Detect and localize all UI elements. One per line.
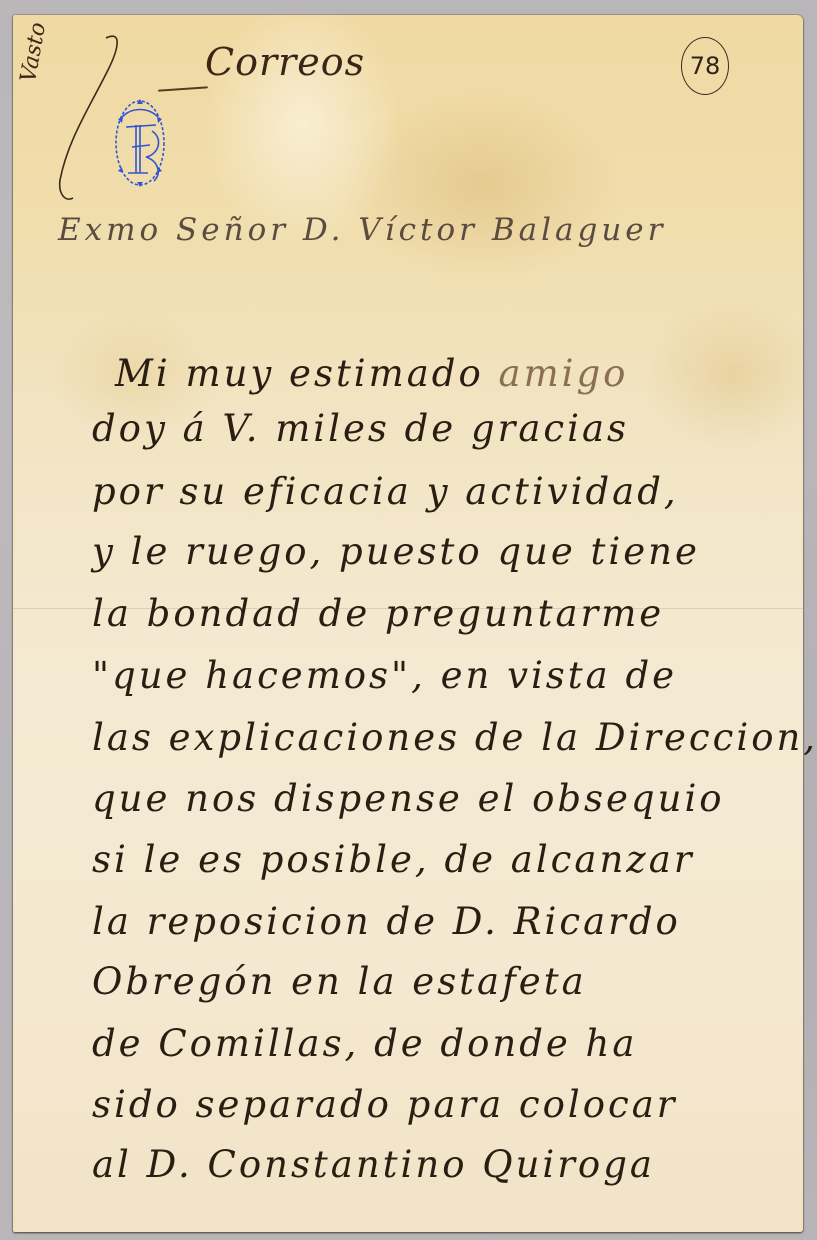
addressee-line: Exmo Señor D. Víctor Balaguer [58, 212, 666, 248]
body-line-6: "que hacemos", en vista de [92, 654, 677, 697]
body-line-4: y le ruego, puesto que tiene [92, 530, 700, 573]
body-line-1: Mi muy estimado amigo [115, 352, 628, 395]
body-line-2: doy á V. miles de gracias [92, 407, 629, 450]
body-line-9: si le es posible, de alcanzar [92, 838, 695, 881]
body-line-faded-word: amigo [499, 352, 629, 395]
page-number: 78 [690, 52, 721, 80]
monogram-f-icon [112, 95, 168, 190]
letter-header: Correos [205, 40, 365, 84]
body-line-12: de Comillas, de donde ha [92, 1022, 637, 1065]
body-line-14: al D. Constantino Quiroga [92, 1143, 655, 1186]
body-line-8: que nos dispense el obsequio [92, 777, 725, 820]
body-line-3: por su eficacia y actividad, [92, 470, 679, 513]
body-line-10: la reposicion de D. Ricardo [92, 900, 681, 943]
body-line-text: Mi muy estimado [115, 352, 499, 395]
body-line-11: Obregón en la estafeta [92, 960, 587, 1003]
body-line-7: las explicaciones de la Direccion, [92, 716, 817, 759]
page-number-circle: 78 [681, 37, 729, 95]
body-line-5: la bondad de preguntarme [92, 592, 664, 635]
body-line-13: sido separado para colocar [92, 1083, 677, 1126]
